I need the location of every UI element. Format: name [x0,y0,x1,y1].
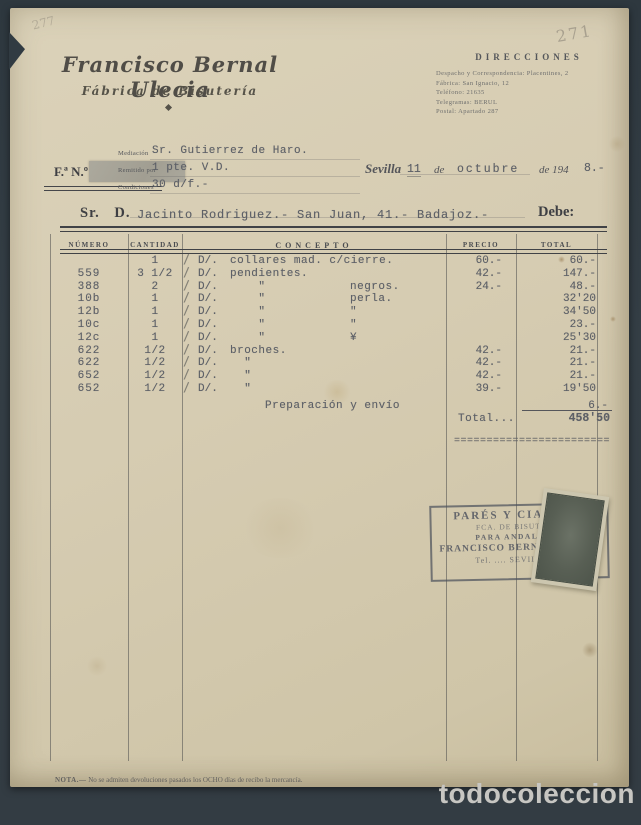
table-row: 10b 1 / D/. " perla. 32'20 [50,293,600,306]
invoice-paper: 277 271 Francisco Bernal Ulecia Fábrica … [10,8,629,787]
paper-stain [582,642,598,658]
customer-prefix: Sr. D. [80,205,131,222]
cell-precio: 42.- [446,345,502,358]
company-subtitle: Fábrica de Bisutería [48,84,292,98]
form-line [150,159,360,160]
col-header-cantidad: CANTIDAD [128,241,182,249]
cell-cantidad: 2 [128,281,182,294]
table-row: 12b 1 / D/. " " 34'50 [50,306,600,319]
cell-concept-prefix: D/. [198,319,218,332]
table-row: 559 3 1/2 / D/. pendientes. 42.- 147.- [50,268,600,281]
footer-note-label: NOTA.— [55,776,86,784]
addresses-block: DIRECCIONES Despacho y Correspondencia: … [436,52,622,117]
cell-cantidad: 1 [128,293,182,306]
cell-concept-prefix: D/. [198,268,218,281]
cell-total: 19'50 [518,383,596,396]
cell-cantidad: 1 [128,306,182,319]
cell-numero: 12b [50,306,128,319]
paper-stain [608,136,626,152]
cell-concept-prefix: D/. [198,370,218,383]
cell-total: 21.- [518,345,596,358]
cell-total: 48.- [518,281,596,294]
cell-numero: 388 [50,281,128,294]
cell-numero: 10c [50,319,128,332]
cell-total: 23.- [518,319,596,332]
cell-concept-item: " [230,332,266,345]
address-line: Fábrica: San Ignacio, 12 [436,79,622,89]
cell-concept-variant: " [350,319,357,332]
cell-precio: 42.- [446,357,502,370]
cell-concept-prefix: D/. [198,345,218,358]
cell-cantidad: 1 [128,332,182,345]
cell-numero: 652 [50,383,128,396]
cell-concept-variant: ¥ [350,332,357,345]
cell-concept-prefix: D/. [198,255,218,268]
cell-concept-item: " [230,306,266,319]
table-row: 622 1/2 / D/. " 42.- 21.- [50,357,600,370]
address-line: Postal: Apartado 287 [436,107,622,117]
total-underline [522,410,612,411]
debe-label: Debe: [538,204,574,221]
col-header-numero: NÚMERO [50,241,128,249]
cell-precio: 39.- [446,383,502,396]
pencil-mark-top-left: 277 [31,13,57,32]
table-row: 652 1/2 / D/. " 39.- 19'50 [50,383,600,396]
form-line [400,174,530,175]
cell-precio: 24.- [446,281,502,294]
form-line [130,217,525,218]
table-border [60,253,607,254]
table-border [60,226,607,228]
cell-concept-prefix: D/. [198,383,218,396]
col-header-total: TOTAL [516,241,597,249]
mediacion-label: Mediación [118,150,149,157]
cell-concept-prefix: D/. [198,357,218,370]
cell-cantidad: 3 1/2 [128,268,182,281]
cell-concept-item: collares mad. c/cierre. [230,255,393,268]
cell-cantidad: 1 [128,319,182,332]
cell-cantidad: 1/2 [128,357,182,370]
cell-total: 147.- [518,268,596,281]
pencil-mark-top-right: 271 [555,21,594,46]
cell-concept-item: " [230,281,266,294]
cell-concept-item: broches. [230,345,287,358]
table-border [60,231,607,232]
cell-precio: 42.- [446,370,502,383]
col-header-precio: PRECIO [446,241,516,249]
cell-numero: 10b [50,293,128,306]
cell-cantidad: 1/2 [128,383,182,396]
table-row: 388 2 / D/. " negros. 24.- 48.- [50,281,600,294]
cell-total: 21.- [518,370,596,383]
date-year-digit: 8.- [584,162,605,175]
pencil-check-mark: / [183,382,198,396]
postage-stamp-image [535,492,605,586]
cell-concept-variant: negros. [350,281,400,294]
cell-concept-item: " [230,357,251,370]
remitido-value: 1 pte. V.D. [152,162,230,174]
total-label: Total... [458,413,515,425]
address-line: Despacho y Correspondencia: Placentines,… [436,69,622,79]
cell-concept-variant: " [350,306,357,319]
cell-numero: 12c [50,332,128,345]
cell-numero: 622 [50,357,128,370]
cell-concept-prefix: D/. [198,306,218,319]
table-row: 652 1/2 / D/. " 42.- 21.- [50,370,600,383]
table-row: 622 1/2 / D/. broches. 42.- 21.- [50,345,600,358]
addresses-title: DIRECCIONES [436,52,622,62]
paper-stain [86,656,108,676]
cell-concept-prefix: D/. [198,293,218,306]
cell-concept-prefix: D/. [198,332,218,345]
cell-concept-item: " [230,370,251,383]
photo-background: 277 271 Francisco Bernal Ulecia Fábrica … [0,0,641,825]
cell-numero: 652 [50,370,128,383]
watermark-todocoleccion: todocoleccion [380,778,635,810]
cell-cantidad: 1/2 [128,345,182,358]
cell-concept-item: pendientes. [230,268,308,281]
invoice-number-label: F.ª N.º [54,164,88,180]
cell-precio: 60.- [446,255,502,268]
cell-numero: 622 [50,345,128,358]
cell-concept-prefix: D/. [198,281,218,294]
cell-concept-variant: perla. [350,293,393,306]
cell-total: 34'50 [518,306,596,319]
form-line [150,193,360,194]
remitido-label: Remitido por [118,167,156,174]
paper-stain [240,498,320,558]
condiciones-label: Condiciones [118,184,154,191]
cell-total: 25'30 [518,332,596,345]
prep-envio-label: Preparación y envío [265,400,400,412]
cell-concept-item: " [230,383,251,396]
cell-concept-item: " [230,319,266,332]
total-value: 458'50 [524,412,610,425]
mediacion-value: Sr. Gutierrez de Haro. [152,145,308,157]
table-row: 1 / D/. collares mad. c/cierre. 60.- 60.… [50,255,600,268]
ornament-dot [165,104,172,111]
cell-concept-item: " [230,293,266,306]
cell-total: 21.- [518,357,596,370]
cell-precio: 42.- [446,268,502,281]
cell-total: 60.- [518,255,596,268]
table-row: 10c 1 / D/. " " 23.- [50,319,600,332]
total-closing-rule: ======================== [454,436,610,447]
cell-numero: 559 [50,268,128,281]
footer-note-text: No se admiten devoluciones pasados los O… [88,776,302,784]
customer-name: Jacinto Rodriguez.- San Juan, 41.- Badaj… [137,208,489,222]
table-row: 12c 1 / D/. " ¥ 25'30 [50,332,600,345]
form-line [150,176,360,177]
address-line: Telegramas: BERUL [436,98,622,108]
condiciones-value: 30 d/f.- [152,179,209,191]
date-city: Sevilla [365,161,401,177]
col-header-concepto: CONCEPTO [182,241,446,250]
cell-cantidad: 1/2 [128,370,182,383]
table-body: 1 / D/. collares mad. c/cierre. 60.- 60.… [50,255,600,396]
postage-stamp [531,488,610,591]
cell-cantidad: 1 [128,255,182,268]
cell-total: 32'20 [518,293,596,306]
paper-corner-damage [9,32,25,70]
date-de-year-prefix: de 194 [539,164,569,176]
paper-stain [610,316,616,322]
address-line: Teléfono: 21635 [436,88,622,98]
